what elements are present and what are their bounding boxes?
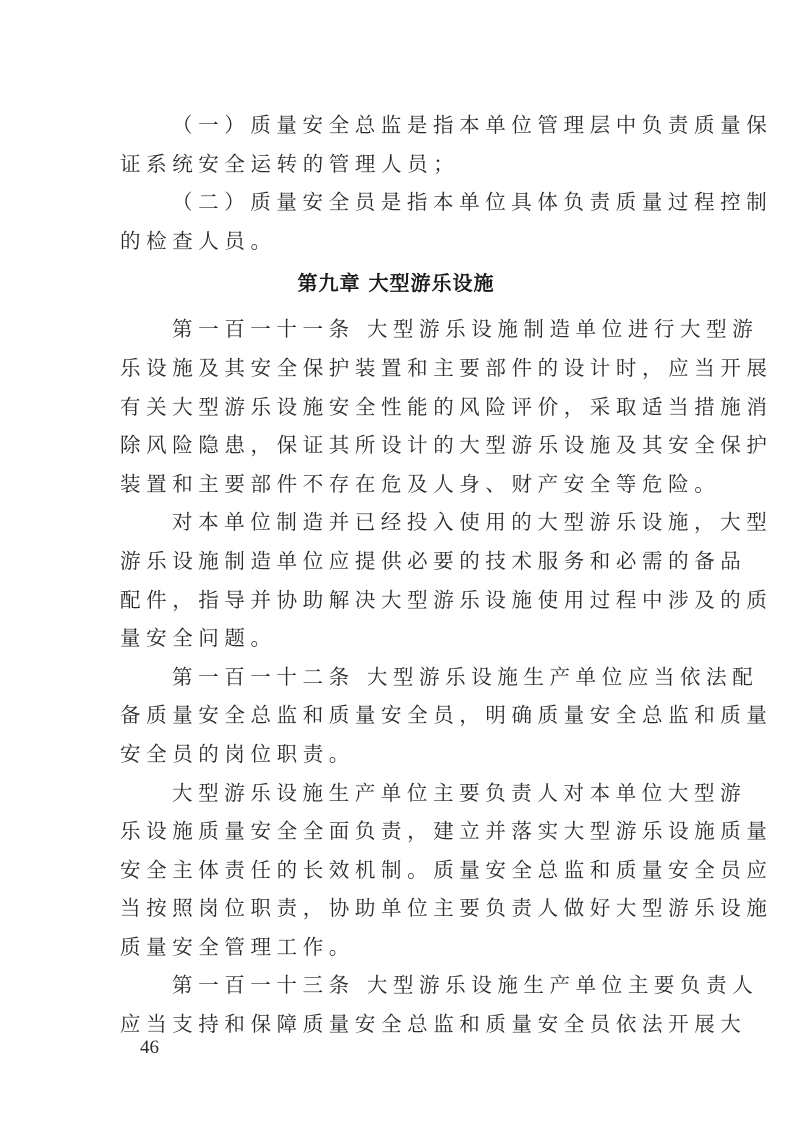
text-line: 应当支持和保障质量安全总监和质量安全员依法开展大 [120, 1005, 672, 1044]
article-111: 第一百一十一条 大型游乐设施制造单位进行大型游 乐设施及其安全保护装置和主要部件… [120, 310, 672, 503]
text-line: 大型游乐设施生产单位主要负责人对本单位大型游 [120, 774, 672, 813]
text-line: 对本单位制造并已经投入使用的大型游乐设施，大型 [120, 503, 672, 542]
text-line: 第一百一十三条 大型游乐设施生产单位主要负责人 [120, 966, 672, 1005]
chapter-title: 第九章 大型游乐设施 [120, 260, 672, 310]
page-number: 46 [140, 1037, 159, 1059]
text-line: 安全员的岗位职责。 [120, 735, 672, 774]
text-line: 当按照岗位职责，协助单位主要负责人做好大型游乐设施 [120, 889, 672, 928]
text-line: 安全主体责任的长效机制。质量安全总监和质量安全员应 [120, 851, 672, 890]
text-line: 乐设施及其安全保护装置和主要部件的设计时，应当开展 [120, 349, 672, 388]
document-page: （一）质量安全总监是指本单位管理层中负责质量保 证系统安全运转的管理人员； （二… [0, 0, 793, 1122]
text-line: 乐设施质量安全全面负责，建立并落实大型游乐设施质量 [120, 812, 672, 851]
body-text: （一）质量安全总监是指本单位管理层中负责质量保 证系统安全运转的管理人员； （二… [120, 106, 672, 1044]
text-line: 证系统安全运转的管理人员； [120, 145, 672, 184]
text-line: 装置和主要部件不存在危及人身、财产安全等危险。 [120, 465, 672, 504]
article-112-paragraph-2: 大型游乐设施生产单位主要负责人对本单位大型游 乐设施质量安全全面负责，建立并落实… [120, 774, 672, 967]
text-line: 的检查人员。 [120, 222, 672, 261]
text-line: 除风险隐患，保证其所设计的大型游乐设施及其安全保护 [120, 426, 672, 465]
text-line: 第一百一十一条 大型游乐设施制造单位进行大型游 [120, 310, 672, 349]
text-line: 有关大型游乐设施安全性能的风险评价，采取适当措施消 [120, 388, 672, 427]
text-line: 量安全问题。 [120, 619, 672, 658]
text-line: 配件，指导并协助解决大型游乐设施使用过程中涉及的质 [120, 581, 672, 620]
text-line: 备质量安全总监和质量安全员，明确质量安全总监和质量 [120, 696, 672, 735]
article-112: 第一百一十二条 大型游乐设施生产单位应当依法配 备质量安全总监和质量安全员，明确… [120, 658, 672, 774]
text-line: （二）质量安全员是指本单位具体负责质量过程控制 [120, 183, 672, 222]
article-111-paragraph-2: 对本单位制造并已经投入使用的大型游乐设施，大型 游乐设施制造单位应提供必要的技术… [120, 503, 672, 657]
paragraph-item-2: （二）质量安全员是指本单位具体负责质量过程控制 的检查人员。 [120, 183, 672, 260]
text-line: 第一百一十二条 大型游乐设施生产单位应当依法配 [120, 658, 672, 697]
text-line: 游乐设施制造单位应提供必要的技术服务和必需的备品 [120, 542, 672, 581]
paragraph-item-1: （一）质量安全总监是指本单位管理层中负责质量保 证系统安全运转的管理人员； [120, 106, 672, 183]
text-line: 质量安全管理工作。 [120, 928, 672, 967]
article-113: 第一百一十三条 大型游乐设施生产单位主要负责人 应当支持和保障质量安全总监和质量… [120, 966, 672, 1043]
text-line: （一）质量安全总监是指本单位管理层中负责质量保 [120, 106, 672, 145]
